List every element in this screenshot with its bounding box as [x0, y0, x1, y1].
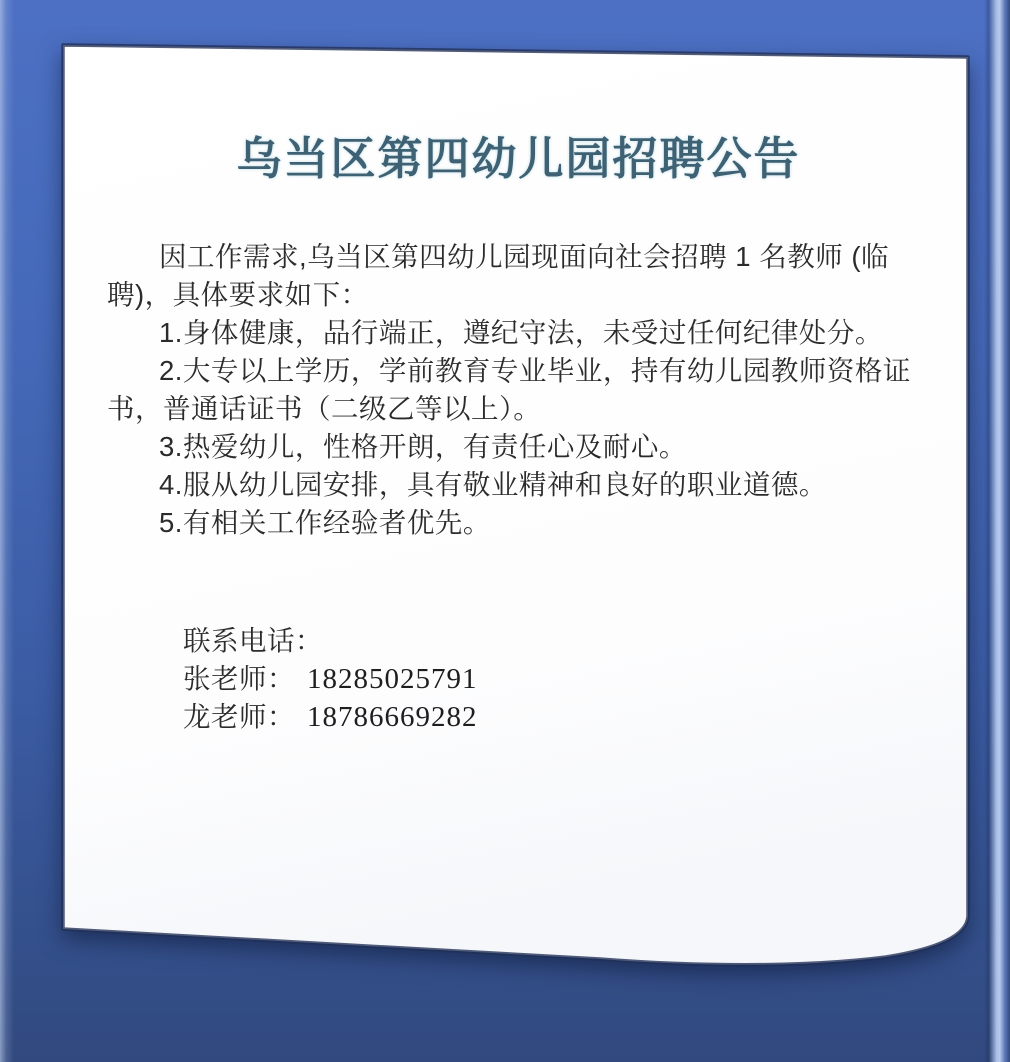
requirement-item-3: 3.热爱幼儿，性格开朗，有责任心及耐心。 — [107, 428, 930, 466]
contact-line-2: 龙老师：18786669282 — [183, 698, 930, 736]
contact-line-1: 张老师：18285025791 — [183, 660, 930, 698]
intro-paragraph: 因工作需求,乌当区第四幼儿园现面向社会招聘 1 名教师 (临聘)，具体要求如下： — [107, 238, 930, 314]
contact-phone-1: 18285025791 — [307, 663, 478, 695]
notice-poster: 乌当区第四幼儿园招聘公告 因工作需求,乌当区第四幼儿园现面向社会招聘 1 名教师… — [0, 0, 1010, 1062]
requirement-item-1: 1.身体健康，品行端正，遵纪守法，未受过任何纪律处分。 — [107, 314, 930, 352]
contact-block: 联系电话： 张老师：18285025791 龙老师：18786669282 — [107, 622, 930, 736]
requirement-item-5: 5.有相关工作经验者优先。 — [107, 504, 930, 542]
notice-title: 乌当区第四幼儿园招聘公告 — [107, 130, 930, 188]
requirement-item-2: 2.大专以上学历，学前教育专业毕业，持有幼儿园教师资格证书，普通话证书（二级乙等… — [107, 352, 930, 428]
contact-label: 联系电话： — [183, 622, 930, 660]
contact-name-2: 龙老师： — [183, 701, 295, 732]
contact-name-1: 张老师： — [183, 663, 295, 694]
notice-content: 乌当区第四幼儿园招聘公告 因工作需求,乌当区第四幼儿园现面向社会招聘 1 名教师… — [63, 45, 968, 736]
requirement-item-4: 4.服从幼儿园安排，具有敬业精神和良好的职业道德。 — [107, 466, 930, 504]
contact-phone-2: 18786669282 — [307, 701, 478, 733]
